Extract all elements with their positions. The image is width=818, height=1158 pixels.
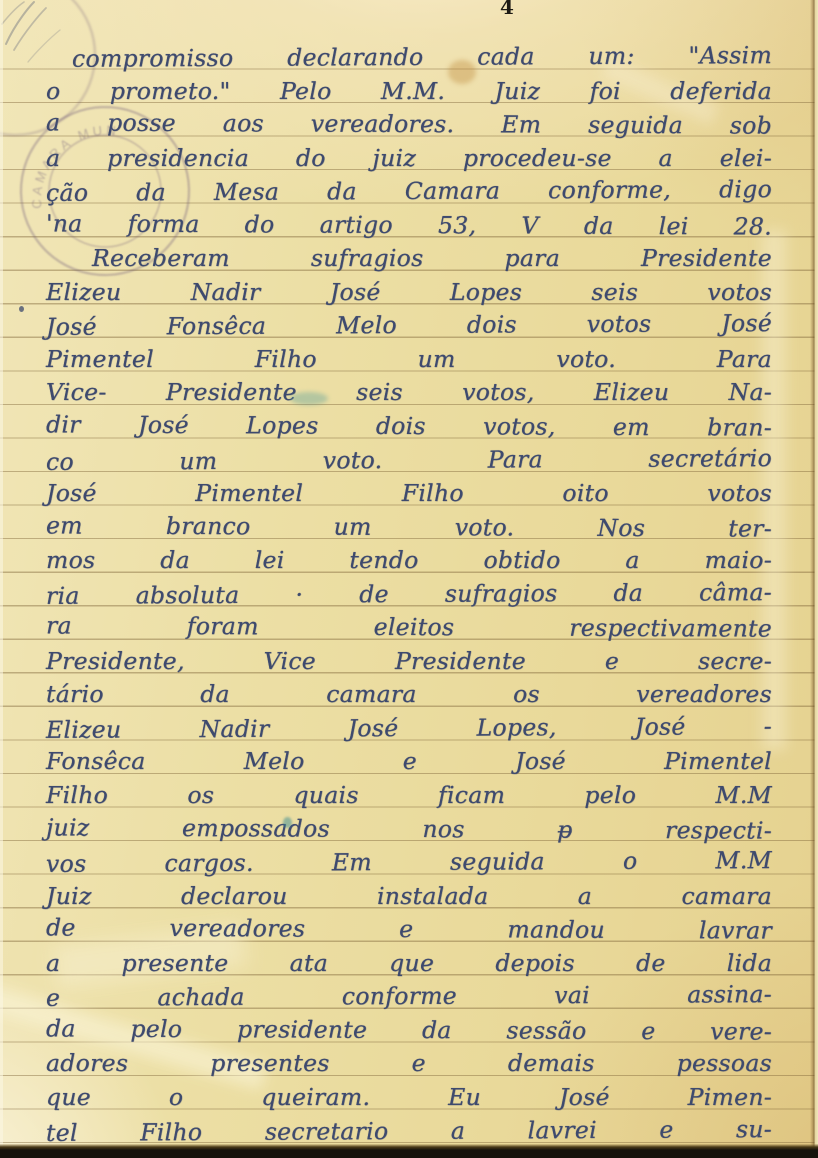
handwritten-line: mos da lei tendo obtido a maio-: [46, 544, 772, 578]
scanned-document-page: CAMARA MUN 4 compromisso declarando cada…: [0, 0, 818, 1158]
handwritten-line: Filho os quais ficam pelo M.M: [46, 779, 772, 813]
handwritten-line: Juiz declarou instalada a camara: [46, 880, 772, 914]
handwritten-line: ção da Mesa da Camara conforme, digo: [46, 173, 772, 210]
handwritten-line: Vice- Presidente seis votos, Elizeu Na-: [46, 376, 772, 410]
handwritten-line: Elizeu Nadir José Lopes seis votos: [46, 276, 772, 310]
handwritten-line: compromisso declarando cada um: "Assim: [46, 39, 772, 76]
scan-edge-right: [810, 0, 818, 1158]
handwritten-line: Pimentel Filho um voto. Para: [46, 343, 772, 377]
handwritten-line: Elizeu Nadir José Lopes, José -: [46, 710, 772, 747]
handwritten-line: Fonsêca Melo e José Pimentel: [46, 745, 772, 779]
handwritten-line: José Fonsêca Melo dois votos José: [46, 307, 772, 344]
ink-dot: [19, 306, 24, 312]
handwritten-line: o prometo." Pelo M.M. Juiz foi deferida: [46, 75, 772, 109]
handwritten-line: que o queiram. Eu José Pimen-: [46, 1081, 772, 1115]
handwritten-line: vos cargos. Em seguida o M.M: [46, 844, 772, 881]
handwritten-line: co um voto. Para secretário: [46, 442, 772, 479]
handwritten-line: adores presentes e demais pessoas: [46, 1047, 772, 1081]
handwritten-line: a presente ata que depois de lida: [46, 947, 772, 981]
ink-smudge: [290, 392, 328, 405]
handwritten-line: José Pimentel Filho oito votos: [46, 477, 772, 511]
ink-smudge: [283, 817, 292, 828]
handwritten-line: ria absoluta · de sufragios da câma-: [46, 576, 772, 613]
handwritten-line: 'na forma do artigo 53, V da lei 28.: [46, 207, 772, 244]
handwritten-line: Presidente, Vice Presidente e secre-: [46, 645, 772, 679]
handwritten-line: em branco um voto. Nos ter-: [46, 509, 772, 546]
handwritten-line: a presidencia do juiz procedeu-se a elei…: [46, 142, 772, 176]
handwritten-line: a posse aos vereadores. Em seguida sob: [46, 107, 772, 144]
handwritten-line: tário da camara os vereadores: [46, 678, 772, 712]
scan-edge-left: [0, 0, 3, 1158]
page-number: 4: [500, 0, 514, 19]
handwritten-line: e achada conforme vai assina-: [46, 978, 772, 1015]
handwritten-line: de vereadores e mandou lavrar: [46, 912, 772, 949]
handwritten-line: Receberam sufragios para Presidente: [46, 242, 772, 276]
handwritten-line: ra foram eleitos respectivamente: [46, 610, 772, 647]
handwritten-text: compromisso declarando cada um: "Assim o…: [46, 41, 772, 1148]
handwritten-line: juiz empossados nos p̶ respecti-: [46, 811, 772, 848]
handwritten-line: da pelo presidente da sessão e vere-: [46, 1012, 772, 1049]
handwritten-line: dir José Lopes dois votos, em bran-: [46, 408, 772, 445]
scan-edge-bottom: [0, 1144, 818, 1158]
ink-scribble: [0, 0, 90, 80]
